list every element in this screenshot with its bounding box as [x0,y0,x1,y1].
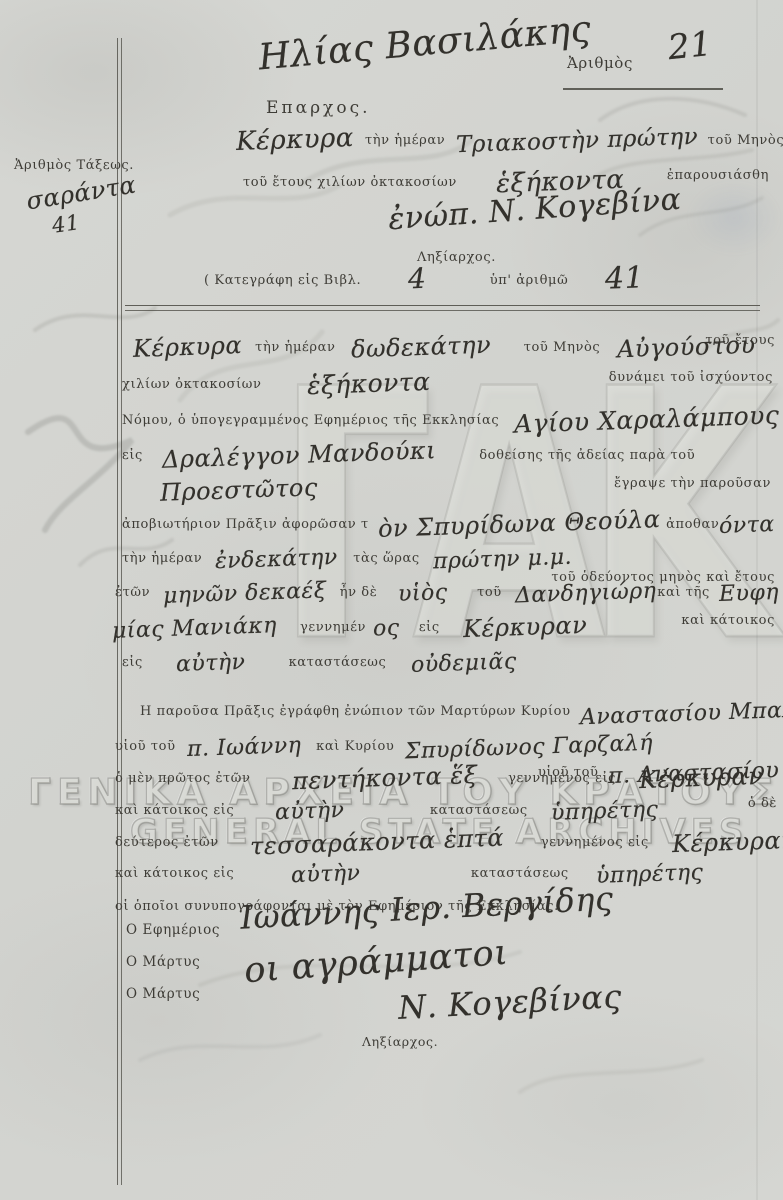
printed-text: εἰς [419,620,440,635]
printed-text: χιλίων ὀκτακοσίων [122,377,262,392]
witness-line-5: δεύτερος ἐτῶν τεσσαράκοντα ἑπτά γεννημέν… [115,828,775,854]
handwritten-death-day: ἐνδεκάτην [215,548,338,572]
body-line-2: χιλίων ὀκτακοσίων δυνάμει τοῦ ἰσχύοντος … [122,370,773,396]
handwritten-month: Αὐγούστου [617,335,756,360]
registration-line: ( Κατεγράφη εἰς Βιβλ. 4 ὑπ' ἀριθμῶ 41 [204,266,753,292]
printed-text: ἐτῶν [115,585,150,600]
witness1-signature-label: Ο Μάρτυς [126,954,200,972]
printed-text: ἀποβιωτήριον Πρᾶξιν ἀφορῶσαν τ [122,517,369,532]
handwritten-registrar-signature: Ν. Κογεβίνας [398,986,623,1018]
left-margin-rule [117,38,122,1185]
printed-text: τοῦ Μηνὸς [524,340,601,355]
body-line-1: Κέρκυρα τὴν ἡμέραν δωδεκάτην τοῦ Μηνὸς τ… [133,333,775,359]
body-line-6: ἀποβιωτήριον Πρᾶξιν ἀφορῶσαν τ ὸν Σπυρίδ… [122,510,775,536]
printed-text: ἔγραψε τὴν παροῦσαν [614,476,771,493]
intro-line-1: Κέρκυρα τὴν ἡμέραν Τριακοστὴν πρώτην τοῦ… [236,126,779,152]
printed-text: Νόμου, ὁ ὑπογεγραμμένος Εφημέριος τῆς Εκ… [122,413,499,428]
handwritten-witness1-residence: αὐτὴν [275,801,345,823]
printed-text: τὴν ἡμέραν [365,133,445,148]
body-line-10: εἰς αὐτὴν καταστάσεως οὐδεμιᾶς [122,648,775,674]
handwritten-mother-name-part: Ευφη [719,583,780,605]
body-line-5: Προεστῶτος ἔγραψε τὴν παροῦσαν [160,476,771,502]
printed-text: καταστάσεως [430,803,528,818]
section-divider-rule [125,305,760,311]
handwritten-deceased-name: ὸν Σπυρίδωνα Θεούλα [378,509,661,539]
handwritten-place: Κέρκυρα [133,335,243,359]
witness-line-6: καὶ κάτοικος εἰς αὐτὴν καταστάσεως ὑπηρέ… [115,859,775,885]
handwritten-relation: υἱὸς [398,583,448,605]
handwritten-death-hour: πρώτην μ.μ. [433,548,573,573]
handwritten-witness1-name: Αναστασίου Μπαλαφίτσα [579,698,783,728]
handwritten-parish-place: Δραλέγγον Μανδούκι [162,440,437,470]
handwritten-witness2-age: τεσσαράκοντα ἑπτά [250,828,505,857]
printed-text: ἀποθαν [666,517,719,532]
handwritten-birthplace: Κέρκυραν [463,615,588,639]
handwritten-order-number-digits: 41 [51,212,81,236]
printed-text: γεννημένος εἰς [541,835,649,850]
number-label: Ἀριθμὸς [567,54,633,74]
body-line-4: εἰς Δραλέγγον Μανδούκι δοθείσης τῆς ἀδεί… [122,441,773,467]
line-end-group: καὶ τῆς Ευφη [657,578,779,604]
intro-line-2: τοῦ ἔτους χιλίων ὀκτακοσίων ἐπαρουσιάσθη… [243,168,769,194]
body-line-3: Νόμου, ὁ ὑπογεγραμμένος Εφημέριος τῆς Εκ… [122,406,777,432]
printed-text: δεύτερος ἐτῶν [115,835,219,850]
body-line-9: μίας Μανιάκη γεννημέν ος εἰς Κέρκυραν κα… [112,613,775,639]
handwritten-witness1-birthplace: Κέρκυραν [639,766,764,790]
printed-text: καὶ κάτοικος εἰς [115,803,234,818]
handwritten-word-ending: όντα [719,515,775,537]
handwritten-age: μηνῶν δεκαέξ [163,581,327,607]
printed-text: ὑπ' ἀριθμῶ [490,273,569,288]
printed-text: τὴν ἡμέραν [255,340,335,355]
handwritten-day: Τριακοστὴν πρώτην [456,127,699,155]
printed-text: τοῦ ἔτους χιλίων ὀκτακοσίων [243,175,457,190]
witness-line-1: Η παροῦσα Πρᾶξις ἐγράφθη ἐνώπιον τῶν Μαρ… [140,697,779,723]
handwritten-year: ἑξήκοντα [306,372,430,396]
printed-text: δοθείσης τῆς ἀδείας παρὰ τοῦ [479,448,695,463]
handwritten-father-name: Δανδηγιώρη [515,582,657,607]
printed-text: ἦν δὲ [340,585,378,600]
printed-text: ἐπαρουσιάσθη [667,168,769,185]
printed-text: καὶ Κυρίου [316,739,394,754]
printed-text: εἰς [122,655,143,670]
handwritten-book-number: 4 [408,269,427,290]
registrar-title: Ληξίαρχος. [417,250,496,267]
handwritten-word-ending: ος [373,619,400,640]
handwritten-witness1-occupation: ὑπηρέτης [550,800,658,824]
printed-text: καταστάσεως [289,655,387,670]
printed-text: δυνάμει τοῦ ἰσχύοντος [609,370,773,387]
body-line-8: ἐτῶν μηνῶν δεκαέξ ἦν δὲ υἱὸς τοῦ Δανδηγι… [115,578,779,604]
registrar-footer-title: Ληξίαρχος. [362,1034,438,1050]
line-end-group: ἀποθανόντα [666,510,775,536]
printed-text: γεννημένος εἰς [508,771,616,786]
number-underline [563,88,723,90]
printed-text: ὁ δὲ [748,796,777,813]
printed-text: τὴν ἡμέραν [122,551,202,566]
handwritten-church-name: Αγίου Χαραλάμπους [514,405,780,434]
printed-text: τὰς ὥρας [353,551,420,566]
handwritten-entry-number: 41 [605,268,645,289]
printed-text: ( Κατεγράφη εἰς Βιβλ. [204,273,361,288]
handwritten-residence: αὐτὴν [176,653,246,675]
printed-text: τοῦ [477,585,502,600]
archival-document-page: ΓΑΚ ΓΕΝΙΚΑ ΑΡΧΕΙΑ ΤΟΥ ΚΡΑΤΟΥΣ GENERAL ST… [0,0,783,1200]
printed-text: υἱοῦ τοῦ [115,739,176,754]
handwritten-place: Κέρκυρα [236,128,354,152]
printed-text: τοῦ Μηνὸς [708,133,783,148]
eparchos-heading: Επαρχος. [266,97,371,119]
handwritten-record-number: 21 [667,34,713,59]
printed-text: εἰς [122,448,143,463]
handwritten-mother-name: μίας Μανιάκη [112,616,278,642]
handwritten-witness2-birthplace: Κέρκυραν [672,830,783,854]
handwritten-day: δωδεκάτην [350,335,491,360]
witness-line-3: ὁ μὲν πρῶτος ἐτῶν πεντήκοντα ἕξ γεννημέν… [115,764,775,790]
printed-text: καταστάσεως [471,866,569,881]
printed-text: Η παροῦσα Πρᾶξις ἐγράφθη ἐνώπιον τῶν Μαρ… [140,704,571,719]
witness2-signature-label: Ο Μάρτυς [126,986,200,1004]
handwritten-illiterate-note: οι αγράμματοι [244,943,509,981]
printed-text: καὶ τῆς [657,585,710,600]
handwritten-witness1-father: π. Ιωάννη [186,736,301,760]
printed-text: καὶ κάτοικος εἰς [115,866,234,881]
printed-text: ὁ μὲν πρῶτος ἐτῶν [115,771,251,786]
handwritten-status: οὐδεμιᾶς [411,652,517,676]
handwritten-witness2-residence: αὐτὴν [291,864,361,886]
handwritten-authority: Προεστῶτος [160,477,318,502]
witness-line-4: καὶ κάτοικος εἰς αὐτὴν καταστάσεως ὁ δὲ … [115,796,777,822]
printed-text: καὶ κάτοικος [681,613,775,630]
priest-signature-label: Ο Εφημέριος [126,922,220,940]
handwritten-witness1-age: πεντήκοντα ἕξ [291,765,477,791]
printed-text: γεννημέν [300,620,366,635]
